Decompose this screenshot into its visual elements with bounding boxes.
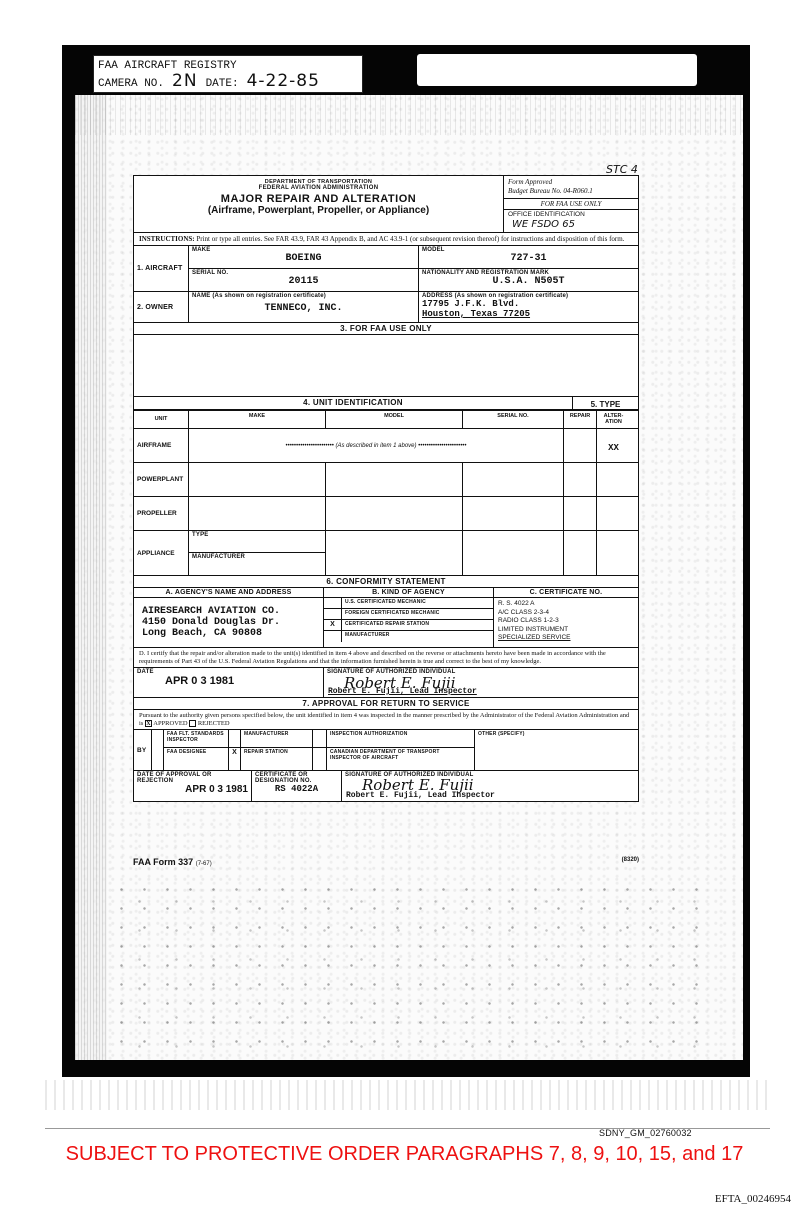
- bates-number: SDNY_GM_02760032: [599, 1128, 692, 1138]
- unit-id-title: 4. UNIT IDENTIFICATION: [134, 397, 572, 410]
- col-unit: UNIT: [134, 410, 189, 428]
- by-label: BY: [134, 730, 152, 770]
- certification-statement: D. I certify that the repair and/or alte…: [134, 648, 638, 668]
- col-repair: REPAIR: [564, 410, 597, 428]
- unit-row-powerplant: POWERPLANT: [134, 463, 638, 497]
- cert-line: RADIO CLASS 1-2-3: [498, 617, 634, 626]
- agency-address1: 4150 Donald Douglas Dr.: [142, 617, 315, 628]
- aircraft-label: 1. AIRCRAFT: [137, 265, 183, 272]
- date-label: DATE:: [206, 77, 239, 92]
- owner-address-line2: Houston, Texas 77205: [422, 309, 635, 319]
- cert-line: R. S. 4022 A: [498, 600, 634, 609]
- agency-name: AIRESEARCH AVIATION CO.: [142, 606, 315, 617]
- approval-option: FAA DESIGNEE: [164, 748, 229, 770]
- owner-name-label: NAME (As shown on registration certifica…: [192, 293, 415, 299]
- form-approved: Form Approved: [508, 178, 634, 187]
- form-subtitle: (Airframe, Powerplant, Propeller, or App…: [134, 205, 503, 216]
- conformity-signer: Robert E. Fujii, Lead Inspector: [328, 687, 477, 696]
- type-title: 5. TYPE: [572, 397, 638, 410]
- approval-cert-label: CERTIFICATE OR DESIGNATION NO.: [255, 772, 338, 784]
- cert-line: A/C CLASS 2-3-4: [498, 609, 634, 618]
- unit-row-propeller: PROPELLER: [134, 497, 638, 531]
- conformity-signature-row: DATE APR 0 3 1981 SIGNATURE OF AUTHORIZE…: [134, 668, 638, 698]
- unit-row-airframe: AIRFRAME ••••••••••••••••••••••• (As des…: [134, 429, 638, 463]
- approval-cert-no: RS 4022A: [255, 784, 338, 794]
- instructions-text: Print or type all entries. See FAR 43.9,…: [196, 235, 624, 243]
- approved-label: APPROVED: [153, 720, 187, 727]
- conformity-body-row: AIRESEARCH AVIATION CO. 4150 Donald Doug…: [134, 598, 638, 648]
- conformity-date: APR 0 3 1981: [137, 675, 320, 687]
- owner-address-line1: 17795 J.F.K. Blvd.: [422, 299, 635, 309]
- office-id-value: WE FSDO 65: [504, 219, 638, 232]
- conformity-title: 6. CONFORMITY STATEMENT: [134, 575, 638, 588]
- conformity-header-row: A. AGENCY'S NAME AND ADDRESS B. KIND OF …: [134, 588, 638, 598]
- approval-option: REPAIR STATION: [241, 748, 313, 770]
- owner-name: TENNECO, INC.: [192, 303, 415, 314]
- form-header: DEPARTMENT OF TRANSPORTATION FEDERAL AVI…: [134, 176, 638, 233]
- kind-agency-label: B. KIND OF AGENCY: [324, 588, 494, 597]
- kind-option: CERTIFICATED REPAIR STATION: [342, 620, 493, 630]
- airframe-description: ••••••••••••••••••••••• (As described in…: [189, 429, 564, 462]
- faa-form-337: DEPARTMENT OF TRANSPORTATION FEDERAL AVI…: [133, 175, 639, 802]
- col-make: MAKE: [189, 410, 326, 428]
- aircraft-section: 1. AIRCRAFT MAKE BOEING MODEL 727-31 SER…: [134, 246, 638, 292]
- paper-shadow: [75, 95, 743, 135]
- approval-by-row: BY FAA FLT. STANDARDS INSPECTOR MANUFACT…: [134, 730, 638, 771]
- unit-name: APPLIANCE: [134, 531, 189, 575]
- kind-mark: X: [324, 620, 342, 630]
- appliance-type-label: TYPE: [189, 531, 325, 553]
- unit-identification: 4. UNIT IDENTIFICATION 5. TYPE UNIT MAKE…: [134, 397, 638, 575]
- col-model: MODEL: [326, 410, 463, 428]
- scan-strip: [45, 1080, 770, 1110]
- camera-label: CAMERA NO.: [98, 77, 164, 92]
- form-footer: FAA Form 337 (7-67) (8320): [133, 857, 639, 867]
- approval-signature-row: DATE OF APPROVAL OR REJECTION APR 0 3 19…: [134, 771, 638, 801]
- paper-edge: [75, 95, 107, 1060]
- approval-date: APR 0 3 1981: [137, 784, 248, 795]
- registry-date: 4-22-85: [247, 74, 320, 89]
- kind-option: FOREIGN CERTIFICATED MECHANIC: [342, 609, 493, 619]
- registry-label: FAA AIRCRAFT REGISTRY CAMERA NO. 2N DATE…: [93, 55, 363, 93]
- agency-address2: Long Beach, CA 90808: [142, 628, 315, 639]
- aircraft-serial: 20115: [192, 276, 415, 287]
- efta-id: EFTA_00246954: [715, 1193, 791, 1205]
- instructions: INSTRUCTIONS: Print or type all entries.…: [134, 233, 638, 246]
- approval-option: INSPECTION AUTHORIZATION: [327, 730, 474, 747]
- kind-mark: [324, 598, 342, 608]
- approval-option-other: OTHER (Specify): [474, 730, 638, 770]
- unit-row-appliance: APPLIANCE TYPE MANUFACTURER: [134, 531, 638, 575]
- blank-label: [417, 54, 697, 86]
- cert-no-label: C. CERTIFICATE NO.: [494, 588, 638, 597]
- camera-number: 2N: [172, 74, 198, 89]
- owner-label: 2. OWNER: [137, 304, 173, 311]
- aircraft-make: BOEING: [192, 253, 415, 264]
- kind-mark: [324, 631, 342, 642]
- form-title: MAJOR REPAIR AND ALTERATION: [134, 193, 503, 205]
- cert-line: SPECIALIZED SERVICE: [498, 634, 634, 643]
- approval-signer: Robert E. Fujii, Lead Inspector: [346, 791, 495, 800]
- approval-option: FAA FLT. STANDARDS INSPECTOR: [164, 730, 229, 747]
- approval-mark: [229, 730, 241, 747]
- unit-name: PROPELLER: [134, 497, 189, 530]
- airframe-repair: [564, 429, 597, 462]
- aircraft-registration: U.S.A. N505T: [422, 276, 635, 287]
- appliance-manufacturer-label: MANUFACTURER: [189, 553, 325, 561]
- approval-date-label: DATE OF APPROVAL OR REJECTION: [137, 772, 248, 784]
- airframe-alteration: XX: [597, 429, 630, 462]
- agency: FEDERAL AVIATION ADMINISTRATION: [134, 185, 503, 191]
- form-code: (8320): [622, 857, 639, 867]
- owner-section: 2. OWNER NAME (As shown on registration …: [134, 292, 638, 323]
- approved-checkbox: X: [145, 720, 152, 727]
- rejected-label: REJECTED: [198, 720, 230, 727]
- approval-title: 7. APPROVAL FOR RETURN TO SERVICE: [134, 698, 638, 710]
- form-name: FAA Form 337: [133, 857, 193, 867]
- approval-mark: X: [229, 748, 241, 770]
- kind-mark: [324, 609, 342, 619]
- col-alteration: ALTER-ATION: [597, 410, 630, 428]
- form-revision: (7-67): [196, 861, 212, 867]
- faa-use-only: FOR FAA USE ONLY: [504, 199, 638, 210]
- unit-name: AIRFRAME: [134, 429, 189, 462]
- instructions-label: INSTRUCTIONS:: [139, 235, 195, 243]
- faa-use-area: [134, 335, 638, 397]
- aircraft-model: 727-31: [422, 253, 635, 264]
- kind-option: U.S. CERTIFICATED MECHANIC: [342, 598, 493, 608]
- kind-option: MANUFACTURER: [342, 631, 493, 642]
- budget-bureau: Budget Bureau No. 04-R060.1: [508, 187, 634, 196]
- scan-noise: [110, 880, 710, 1050]
- approval-option: CANADIAN DEPARTMENT OF TRANSPORT INSPECT…: [327, 748, 474, 770]
- approval-statement: Pursuant to the authority given persons …: [134, 710, 638, 730]
- agency-name-label: A. AGENCY'S NAME AND ADDRESS: [134, 588, 324, 597]
- rejected-checkbox: [189, 720, 196, 727]
- protective-order-notice: SUBJECT TO PROTECTIVE ORDER PARAGRAPHS 7…: [0, 1143, 809, 1166]
- unit-name: POWERPLANT: [134, 463, 189, 496]
- office-id-label: OFFICE IDENTIFICATION: [504, 210, 638, 219]
- faa-use-title: 3. FOR FAA USE ONLY: [134, 323, 638, 335]
- col-serial: SERIAL NO.: [463, 410, 564, 428]
- cert-line: LIMITED INSTRUMENT: [498, 626, 634, 635]
- approval-option: MANUFACTURER: [241, 730, 313, 747]
